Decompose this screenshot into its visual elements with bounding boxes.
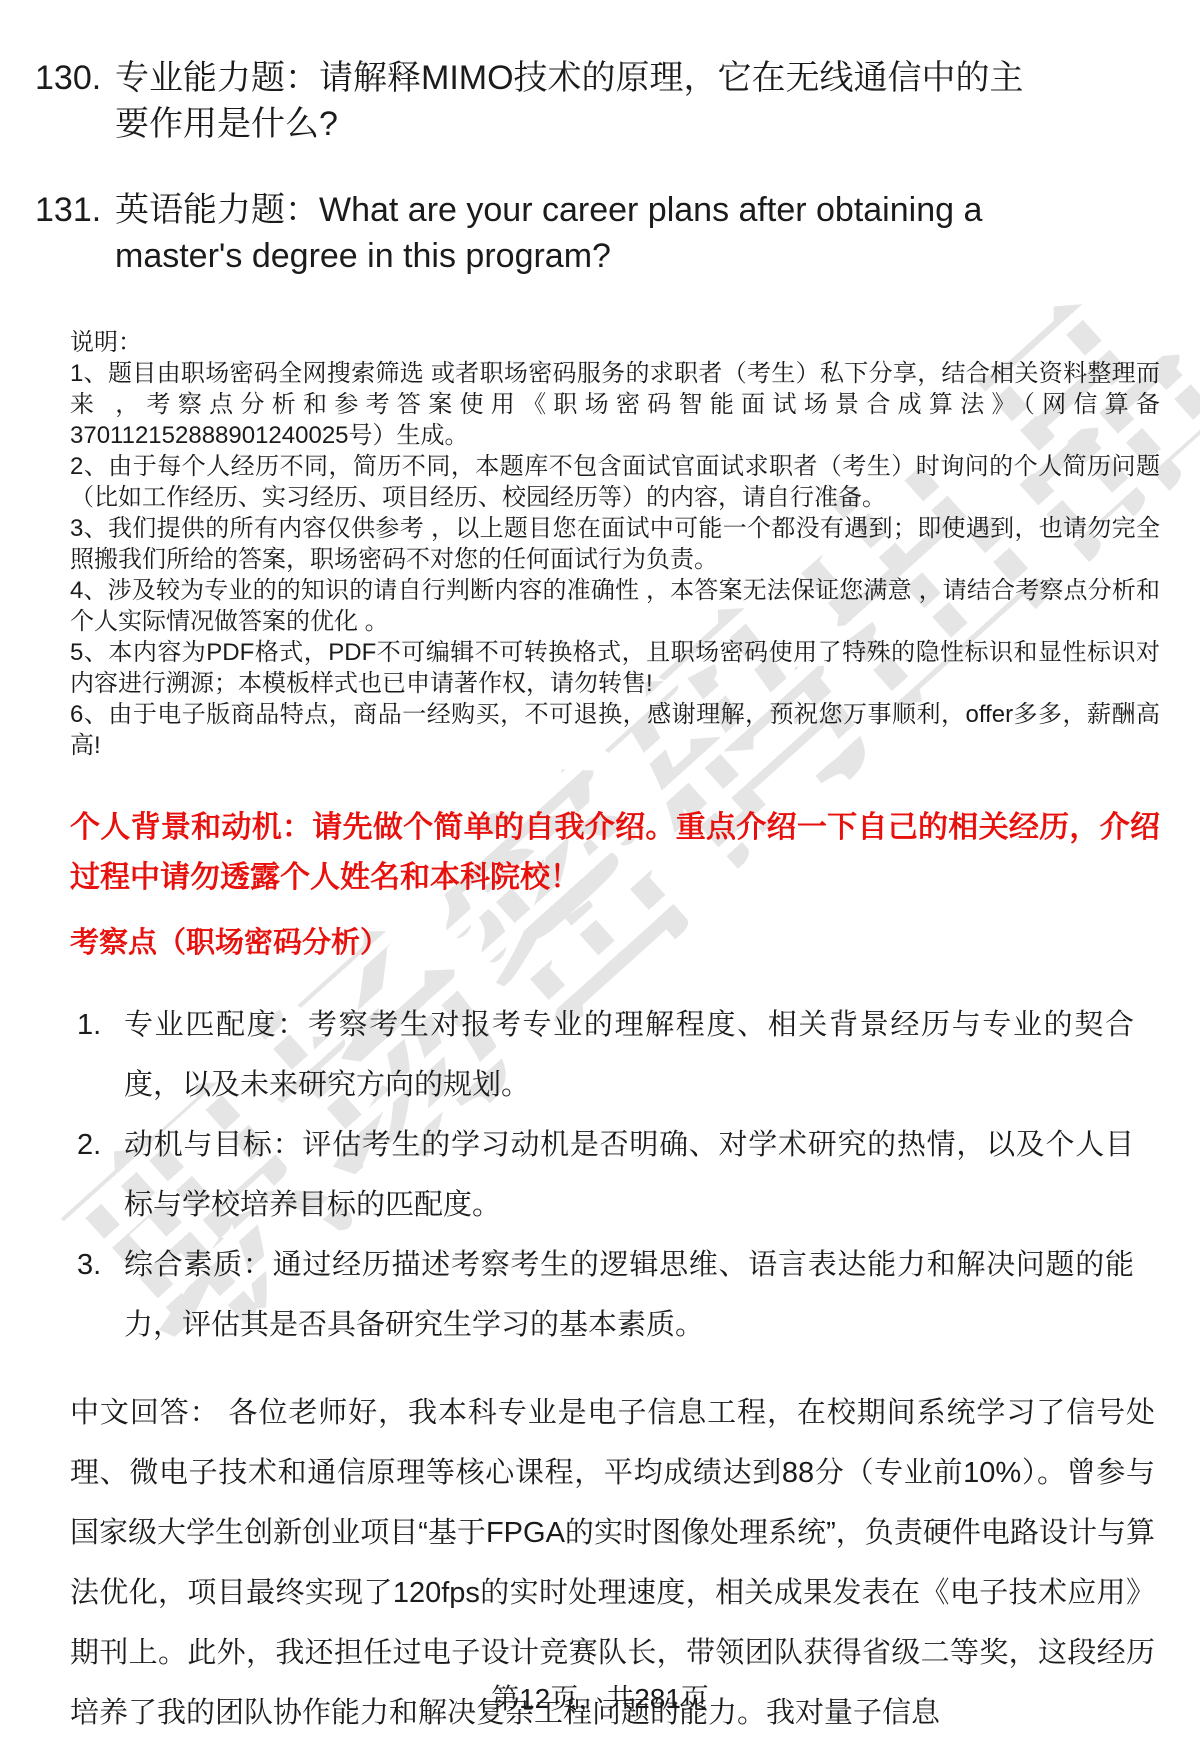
- question-text: 英语能力题：What are your career plans after o…: [115, 187, 1035, 279]
- point-number: 1.: [77, 995, 124, 1115]
- analysis-points: 1. 专业匹配度：考察考生对报考专业的理解程度、相关背景经历与专业的契合度，以及…: [35, 995, 1160, 1355]
- analysis-point-3: 3. 综合素质：通过经历描述考察考生的逻辑思维、语言表达能力和解决问题的能力，评…: [77, 1235, 1160, 1355]
- point-text: 动机与目标：评估考生的学习动机是否明确、对学术研究的热情，以及个人目标与学校培养…: [124, 1115, 1134, 1235]
- page-footer: 第12页，共281页: [0, 1682, 1200, 1716]
- interview-question-prompt: 个人背景和动机：请先做个简单的自我介绍。重点介绍一下自己的相关经历，介绍过程中请…: [70, 803, 1160, 903]
- point-text: 综合素质：通过经历描述考察考生的逻辑思维、语言表达能力和解决问题的能力，评估其是…: [124, 1235, 1134, 1355]
- question-item-131: 131. 英语能力题：What are your career plans af…: [35, 187, 1160, 279]
- note-item-3: 3、我们提供的所有内容仅供参考 ，以上题目您在面试中可能一个都没有遇到；即使遇到…: [70, 513, 1160, 575]
- point-text: 专业匹配度：考察考生对报考专业的理解程度、相关背景经历与专业的契合度，以及未来研…: [124, 995, 1134, 1115]
- document-page: 职场密码出品 130. 专业能力题：请解释MIMO技术的原理，它在无线通信中的主…: [0, 0, 1200, 1755]
- point-number: 3.: [77, 1235, 124, 1355]
- question-number: 131.: [35, 187, 115, 279]
- note-item-6: 6、由于电子版商品特点，商品一经购买，不可退换，感谢理解，预祝您万事顺利，off…: [70, 699, 1160, 761]
- notes-heading: 说明：: [70, 327, 1160, 358]
- point-number: 2.: [77, 1115, 124, 1235]
- note-item-1: 1、题目由职场密码全网搜索筛选 或者职场密码服务的求职者（考生）私下分享，结合相…: [70, 358, 1160, 451]
- analysis-heading: 考察点（职场密码分析）: [70, 923, 1160, 963]
- note-item-5: 5、本内容为PDF格式，PDF不可编辑不可转换格式，且职场密码使用了特殊的隐性标…: [70, 637, 1160, 699]
- analysis-point-1: 1. 专业匹配度：考察考生对报考专业的理解程度、相关背景经历与专业的契合度，以及…: [77, 995, 1160, 1115]
- question-number: 130.: [35, 55, 115, 147]
- note-item-2: 2、由于每个人经历不同，简历不同，本题库不包含面试官面试求职者（考生）时询问的个…: [70, 451, 1160, 513]
- question-text: 专业能力题：请解释MIMO技术的原理，它在无线通信中的主要作用是什么?: [115, 55, 1035, 147]
- page-content: 130. 专业能力题：请解释MIMO技术的原理，它在无线通信中的主要作用是什么?…: [0, 0, 1200, 1743]
- note-item-4: 4、涉及较为专业的的知识的请自行判断内容的准确性 ，本答案无法保证您满意 ，请结…: [70, 575, 1160, 637]
- question-item-130: 130. 专业能力题：请解释MIMO技术的原理，它在无线通信中的主要作用是什么?: [35, 55, 1160, 147]
- analysis-point-2: 2. 动机与目标：评估考生的学习动机是否明确、对学术研究的热情，以及个人目标与学…: [77, 1115, 1160, 1235]
- notes-section: 说明： 1、题目由职场密码全网搜索筛选 或者职场密码服务的求职者（考生）私下分享…: [70, 327, 1160, 761]
